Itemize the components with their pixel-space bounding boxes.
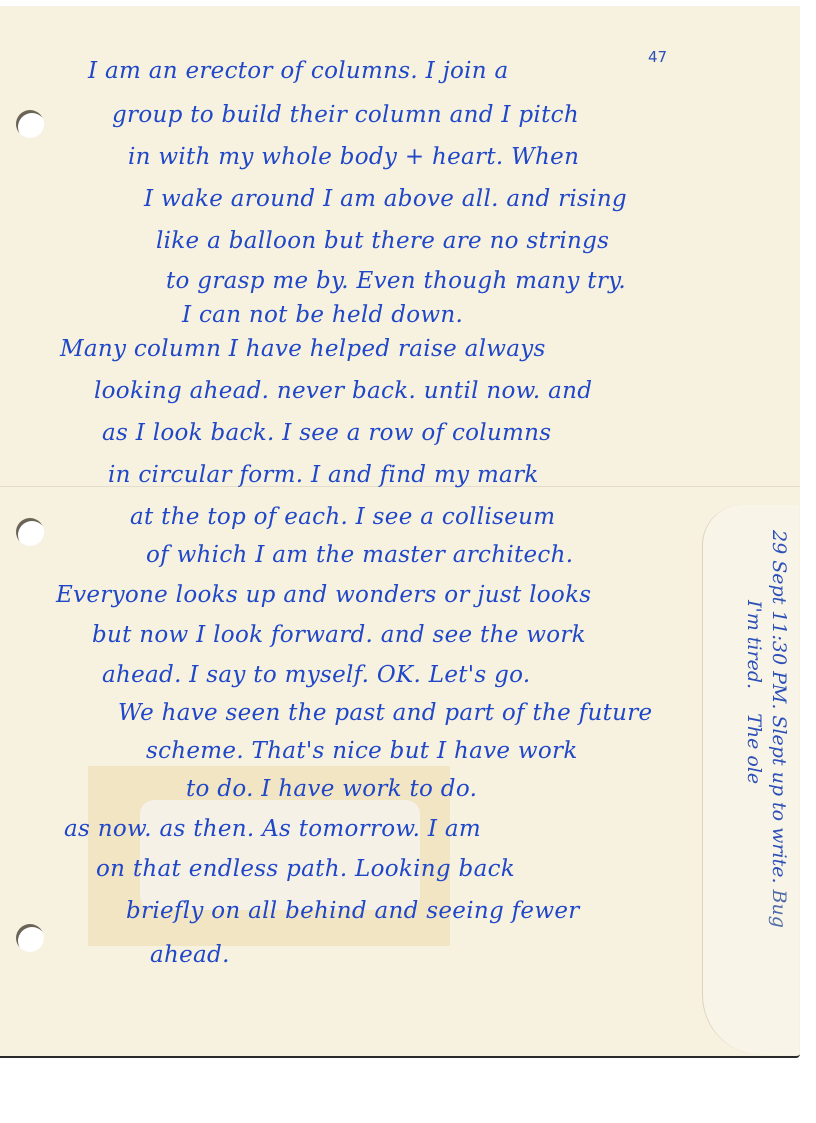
text-line: to do. I have work to do.	[186, 776, 477, 802]
text-line: but now I look forward. and see the work	[92, 622, 586, 648]
margin-note-main: 29 Sept 11:30 PM. Slept up to write.	[768, 530, 790, 884]
text-line: Everyone looks up and wonders or just lo…	[56, 582, 591, 608]
page-number: 47	[648, 48, 667, 66]
text-line: looking ahead. never back. until now. an…	[94, 378, 592, 404]
text-line: ahead.	[150, 942, 230, 968]
text-line: as now. as then. As tomorrow. I am	[64, 816, 481, 842]
punch-hole-middle	[16, 518, 44, 546]
text-line: ahead. I say to myself. OK. Let's go.	[102, 662, 531, 688]
text-line: like a balloon but there are no strings	[156, 228, 609, 254]
margin-note-secondary: I'm tired. The ole	[743, 600, 765, 784]
margin-note-signature: Bug	[768, 890, 790, 928]
text-line: briefly on all behind and seeing fewer	[126, 898, 580, 924]
text-line: in with my whole body + heart. When	[128, 144, 579, 170]
text-line: group to build their column and I pitch	[112, 102, 579, 128]
text-line: in circular form. I and find my mark	[108, 462, 539, 488]
margin-note: 29 Sept 11:30 PM. Slept up to write. Bug	[768, 530, 790, 928]
text-line: at the top of each. I see a colliseum	[130, 504, 555, 530]
text-line: Many column I have helped raise always	[60, 336, 546, 362]
text-line: on that endless path. Looking back	[96, 856, 515, 882]
margin-note-tired: I'm tired.	[743, 600, 765, 689]
text-line: I can not be held down.	[182, 302, 463, 328]
text-line: of which I am the master architech.	[146, 542, 573, 568]
punch-hole-top	[16, 110, 44, 138]
margin-note-signoff: The ole	[743, 713, 765, 784]
text-line: as I look back. I see a row of columns	[102, 420, 551, 446]
punch-hole-bottom	[16, 924, 44, 952]
text-line: to grasp me by. Even though many try.	[166, 268, 626, 294]
text-line: scheme. That's nice but I have work	[146, 738, 578, 764]
text-line: I wake around I am above all. and rising	[144, 186, 627, 212]
text-line: We have seen the past and part of the fu…	[118, 700, 652, 726]
text-line: I am an erector of columns. I join a	[88, 58, 509, 84]
